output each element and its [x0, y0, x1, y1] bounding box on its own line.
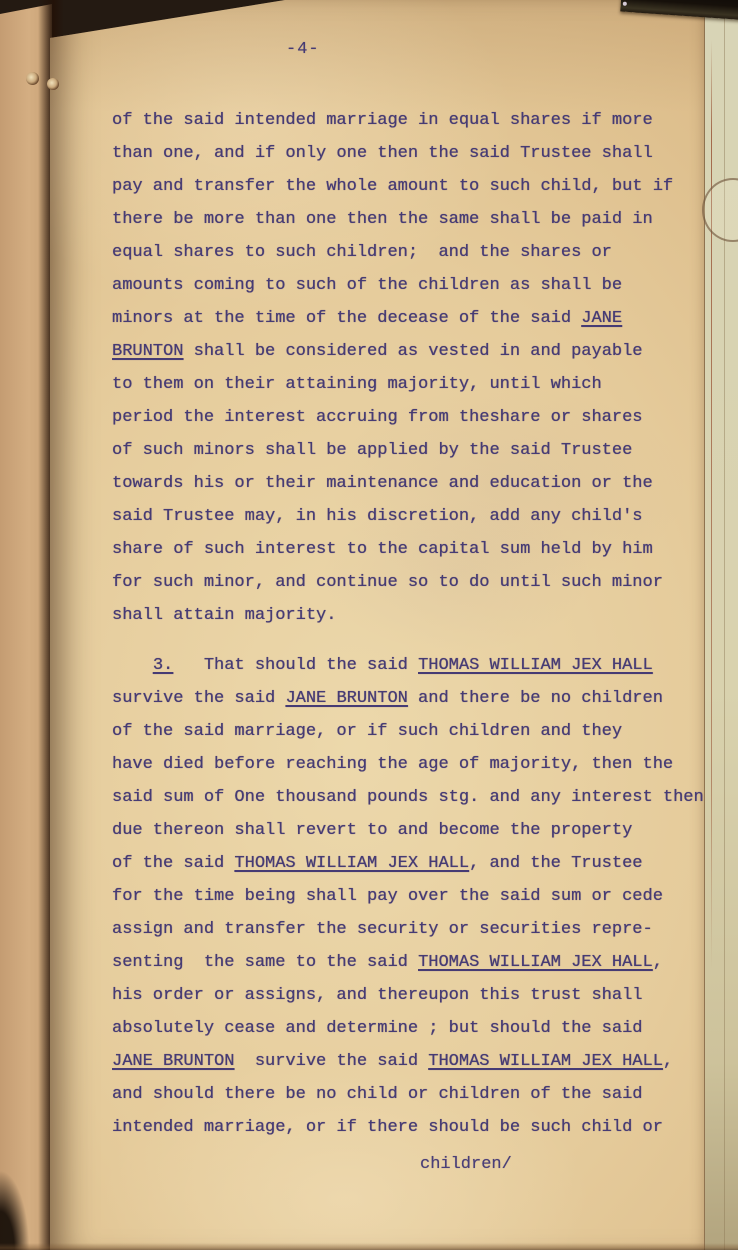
underlined-text: THOMAS WILLIAM JEX HALL [418, 656, 653, 675]
text-segment: , and the Trustee [469, 854, 642, 873]
document-line: shall attain majority. [112, 599, 718, 632]
document-line: than one, and if only one then the said … [112, 137, 718, 170]
document-line: of the said THOMAS WILLIAM JEX HALL, and… [112, 847, 718, 880]
document-line: and should there be no child or children… [112, 1078, 718, 1111]
underlined-text: JANE [581, 309, 622, 328]
text-segment: than one, and if only one then the said … [112, 144, 653, 163]
document-line: for the time being shall pay over the sa… [112, 880, 718, 913]
underlined-text: 3. [153, 656, 173, 675]
text-segment: absolutely cease and determine ; but sho… [112, 1019, 643, 1038]
document-line: due thereon shall revert to and become t… [112, 814, 718, 847]
document-line: period the interest accruing from thesha… [112, 401, 718, 434]
bottom-edge-shadow [0, 1243, 738, 1250]
binding-hole-left [26, 72, 39, 85]
document-scan: -4- of the said intended marriage in equ… [0, 0, 738, 1250]
underlined-text: THOMAS WILLIAM JEX HALL [428, 1052, 663, 1071]
bottom-left-shadow [0, 1140, 34, 1250]
text-segment: , [653, 953, 663, 972]
document-line: pay and transfer the whole amount to suc… [112, 170, 718, 203]
text-segment: senting the same to the said [112, 953, 418, 972]
text-segment: That should the said [173, 656, 418, 675]
document-line: senting the same to the said THOMAS WILL… [112, 946, 718, 979]
document-line: intended marriage, or if there should be… [112, 1111, 718, 1144]
text-segment: period the interest accruing from thesha… [112, 408, 643, 427]
text-segment: to them on their attaining majority, unt… [112, 375, 602, 394]
underlined-text: BRUNTON [112, 342, 183, 361]
text-segment: for the time being shall pay over the sa… [112, 887, 663, 906]
paragraph: of the said intended marriage in equal s… [112, 104, 718, 632]
text-segment: due thereon shall revert to and become t… [112, 821, 632, 840]
text-segment: said Trustee may, in his discretion, add… [112, 507, 643, 526]
paragraph: 3. That should the said THOMAS WILLIAM J… [112, 649, 718, 1144]
text-segment: there be more than one then the same sha… [112, 210, 653, 229]
cover-fleck [623, 2, 627, 6]
document-line: BRUNTON shall be considered as vested in… [112, 335, 718, 368]
text-segment: of the said marriage, or if such childre… [112, 722, 622, 741]
text-segment: his order or assigns, and thereupon this… [112, 986, 643, 1005]
text-segment: share of such interest to the capital su… [112, 540, 653, 559]
text-segment: pay and transfer the whole amount to suc… [112, 177, 673, 196]
document-line: said Trustee may, in his discretion, add… [112, 500, 718, 533]
text-segment: of the said [112, 854, 234, 873]
catchword: children/ [420, 1155, 512, 1174]
text-segment: survive the said [112, 689, 285, 708]
document-line: of such minors shall be applied by the s… [112, 434, 718, 467]
document-line: there be more than one then the same sha… [112, 203, 718, 236]
text-segment: and should there be no child or children… [112, 1085, 643, 1104]
document-line: of the said intended marriage in equal s… [112, 104, 718, 137]
text-segment: shall attain majority. [112, 606, 336, 625]
document-line: share of such interest to the capital su… [112, 533, 718, 566]
document-line: towards his or their maintenance and edu… [112, 467, 718, 500]
page-number: -4- [286, 40, 320, 59]
text-segment: , [663, 1052, 673, 1071]
text-segment: survive the said [234, 1052, 428, 1071]
binding-hole-right [47, 78, 59, 90]
text-segment: and there be no children [408, 689, 663, 708]
text-segment: minors at the time of the decease of the… [112, 309, 581, 328]
document-line: for such minor, and continue so to do un… [112, 566, 718, 599]
text-segment: shall be considered as vested in and pay… [183, 342, 642, 361]
document-line: assign and transfer the security or secu… [112, 913, 718, 946]
document-line: to them on their attaining majority, unt… [112, 368, 718, 401]
document-line: amounts coming to such of the children a… [112, 269, 718, 302]
text-segment: for such minor, and continue so to do un… [112, 573, 663, 592]
document-line: said sum of One thousand pounds stg. and… [112, 781, 718, 814]
document-line: of the said marriage, or if such childre… [112, 715, 718, 748]
underlined-text: THOMAS WILLIAM JEX HALL [234, 854, 469, 873]
underlined-text: JANE BRUNTON [285, 689, 407, 708]
text-segment: intended marriage, or if there should be… [112, 1118, 663, 1137]
document-line: his order or assigns, and thereupon this… [112, 979, 718, 1012]
document-line: 3. That should the said THOMAS WILLIAM J… [112, 649, 718, 682]
underlined-text: JANE BRUNTON [112, 1052, 234, 1071]
text-segment: assign and transfer the security or secu… [112, 920, 653, 939]
text-segment: of the said intended marriage in equal s… [112, 111, 653, 130]
text-segment: towards his or their maintenance and edu… [112, 474, 653, 493]
document-line: have died before reaching the age of maj… [112, 748, 718, 781]
document-lines: of the said intended marriage in equal s… [112, 104, 718, 1144]
document-line: JANE BRUNTON survive the said THOMAS WIL… [112, 1045, 718, 1078]
text-segment: said sum of One thousand pounds stg. and… [112, 788, 704, 807]
document-line: survive the said JANE BRUNTON and there … [112, 682, 718, 715]
text-segment [112, 656, 153, 675]
text-segment: equal shares to such children; and the s… [112, 243, 612, 262]
document-line: absolutely cease and determine ; but sho… [112, 1012, 718, 1045]
underlined-text: THOMAS WILLIAM JEX HALL [418, 953, 653, 972]
text-segment: have died before reaching the age of maj… [112, 755, 673, 774]
text-segment: of such minors shall be applied by the s… [112, 441, 632, 460]
document-line: equal shares to such children; and the s… [112, 236, 718, 269]
text-segment: amounts coming to such of the children a… [112, 276, 622, 295]
document-line: minors at the time of the decease of the… [112, 302, 718, 335]
